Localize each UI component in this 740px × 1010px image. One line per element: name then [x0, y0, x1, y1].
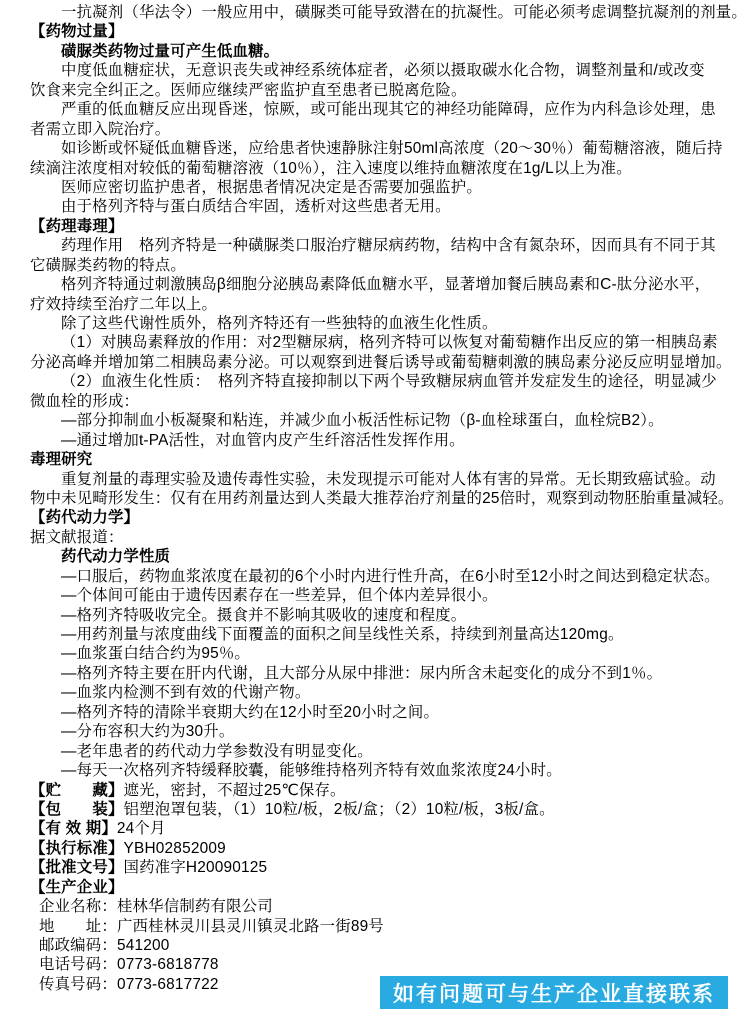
- text-line: 格列齐特通过刺激胰岛β细胞分泌胰岛素降低血糖水平，显著增加餐后胰岛素和C-肽分泌…: [30, 275, 730, 294]
- field-value: 遮光，密封，不超过25℃保存。: [124, 782, 346, 799]
- text-line: 【药物过量】: [30, 22, 730, 41]
- text-line: 【包 装】铝塑泡罩包装，（1）10粒/板，2板/盒；（2）10粒/板，3板/盒。: [30, 800, 730, 819]
- insert-body: 一抗凝剂（华法令）一般应用中，磺脲类可能导致潜在的抗凝性。可能必须考虑调整抗凝剂…: [30, 3, 730, 994]
- text-line: 【贮 藏】遮光，密封，不超过25℃保存。: [30, 781, 730, 800]
- text-line: 物中未见畸形发生：仅有在用药剂量达到人类最大推荐治疗剂量的25倍时，观察到动物胚…: [30, 489, 730, 508]
- field-label: 【执行标准】: [30, 840, 124, 857]
- text-line: 【生产企业】: [30, 878, 730, 897]
- text-line: 药代动力学性质: [30, 547, 730, 566]
- package-insert-page: { "page": { "bg_color": "#FFFFFF", "text…: [0, 0, 740, 1010]
- text-line: —格列齐特的清除半衰期大约在12小时至20小时之间。: [30, 703, 730, 722]
- text-line: 【有 效 期】24个月: [30, 819, 730, 838]
- text-line: 【执行标准】YBH02852009: [30, 839, 730, 858]
- text-line: 者需立即入院治疗。: [30, 120, 730, 139]
- text-line: 企业名称：桂林华信制药有限公司: [30, 897, 730, 916]
- text-line: —个体间可能由于遗传因素存在一些差异，但个体内差异很小。: [30, 586, 730, 605]
- text-line: 【药代动力学】: [30, 508, 730, 527]
- text-line: 【批准文号】国药准字H20090125: [30, 858, 730, 877]
- text-line: 它磺脲类药物的特点。: [30, 256, 730, 275]
- field-label: 【批准文号】: [30, 859, 124, 876]
- text-line: 微血栓的形成：: [30, 392, 730, 411]
- text-line: 疗效持续至治疗二年以上。: [30, 295, 730, 314]
- text-line: （2）血液生化性质： 格列齐特直接抑制以下两个导致糖尿病血管并发症发生的途径，明…: [30, 372, 730, 391]
- text-line: —格列齐特吸收完全。摄食并不影响其吸收的速度和程度。: [30, 606, 730, 625]
- text-line: 一抗凝剂（华法令）一般应用中，磺脲类可能导致潜在的抗凝性。可能必须考虑调整抗凝剂…: [30, 3, 730, 22]
- text-line: 中度低血糖症状，无意识丧失或神经系统体症者，必须以摄取碳水化合物，调整剂量和/或…: [30, 61, 730, 80]
- text-line: 电话号码：0773-6818778: [30, 955, 730, 974]
- text-line: 除了这些代谢性质外，格列齐特还有一些独特的血液生化性质。: [30, 314, 730, 333]
- text-line: —老年患者的药代动力学参数没有明显变化。: [30, 742, 730, 761]
- text-line: —分布容积大约为30升。: [30, 722, 730, 741]
- text-line: —通过增加t-PA活性，对血管内皮产生纤溶活性发挥作用。: [30, 431, 730, 450]
- contact-banner: 如有问题可与生产企业直接联系: [380, 976, 728, 1009]
- field-value: YBH02852009: [124, 840, 226, 857]
- field-value: 24个月: [117, 820, 166, 837]
- text-line: —血浆内检测不到有效的代谢产物。: [30, 683, 730, 702]
- text-line: 续滴注浓度相对较低的葡萄糖溶液（10％），注入速度以维持血糖浓度在1g/L以上为…: [30, 159, 730, 178]
- field-label: 【有 效 期】: [30, 820, 117, 837]
- text-line: 药理作用 格列齐特是一种磺脲类口服治疗糖尿病药物，结构中含有氮杂环，因而具有不同…: [30, 236, 730, 255]
- text-line: 邮政编码：541200: [30, 936, 730, 955]
- text-line: —血浆蛋白结合约为95％。: [30, 644, 730, 663]
- text-line: —口服后，药物血浆浓度在最初的6个小时内进行性升高，在6小时至12小时之间达到稳…: [30, 567, 730, 586]
- field-label: 【贮 藏】: [30, 782, 124, 799]
- field-label: 【包 装】: [30, 801, 124, 818]
- text-line: —用药剂量与浓度曲线下面覆盖的面积之间呈线性关系，持续到剂量高达120mg。: [30, 625, 730, 644]
- text-line: 饮食来完全纠正之。医师应继续严密监护直至患者已脱离危险。: [30, 81, 730, 100]
- field-value: 铝塑泡罩包装，（1）10粒/板，2板/盒；（2）10粒/板，3板/盒。: [124, 801, 555, 818]
- text-line: 分泌高峰并增加第二相胰岛素分泌。可以观察到进餐后诱导或葡萄糖刺激的胰岛素分泌反应…: [30, 353, 730, 372]
- text-line: 磺脲类药物过量可产生低血糖。: [30, 42, 730, 61]
- text-line: 如诊断或怀疑低血糖昏迷，应给患者快速静脉注射50ml高浓度（20～30％）葡萄糖…: [30, 139, 730, 158]
- text-line: 地 址：广西桂林灵川县灵川镇灵北路一街89号: [30, 917, 730, 936]
- text-line: —格列齐特主要在肝内代谢，且大部分从尿中排泄：尿内所含未起变化的成分不到1％。: [30, 664, 730, 683]
- text-line: 【药理毒理】: [30, 217, 730, 236]
- text-line: 毒理研究: [30, 450, 730, 469]
- text-line: —部分抑制血小板凝聚和粘连，并减少血小板活性标记物（β-血栓球蛋白，血栓烷B2）…: [30, 411, 730, 430]
- text-line: 重复剂量的毒理实验及遗传毒性实验，未发现提示可能对人体有害的异常。无长期致癌试验…: [30, 470, 730, 489]
- text-line: 医师应密切监护患者，根据患者情况决定是否需要加强监护。: [30, 178, 730, 197]
- text-line: 严重的低血糖反应出现昏迷，惊厥，或可能出现其它的神经功能障碍，应作为内科急诊处理…: [30, 100, 730, 119]
- text-line: 据文献报道：: [30, 528, 730, 547]
- field-value: 国药准字H20090125: [124, 859, 268, 876]
- text-line: （1）对胰岛素释放的作用：对2型糖尿病，格列齐特可以恢复对葡萄糖作出反应的第一相…: [30, 333, 730, 352]
- text-line: —每天一次格列齐特缓释胶囊，能够维持格列齐特有效血浆浓度24小时。: [30, 761, 730, 780]
- text-line: 由于格列齐特与蛋白质结合牢固，透析对这些患者无用。: [30, 197, 730, 216]
